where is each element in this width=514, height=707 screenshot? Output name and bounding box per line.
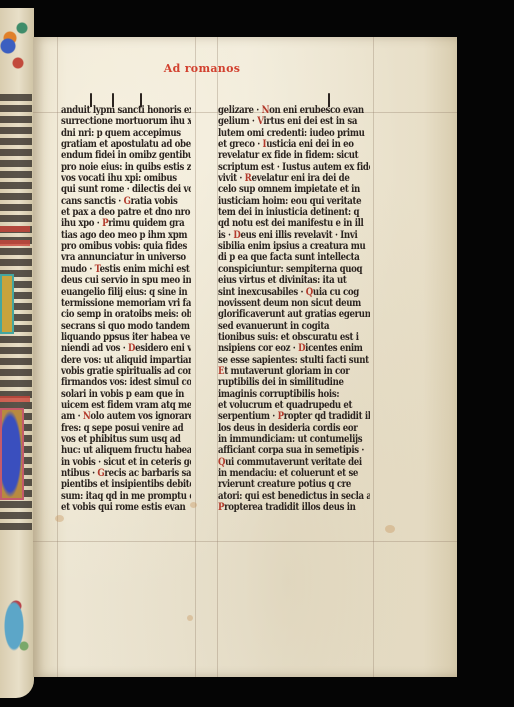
text-column-left: anduit lypm sancti honoris ex resurrecti… [61,106,191,514]
rubricated-capital: D [298,343,305,355]
stain [55,515,64,522]
rubricated-capital: P [278,411,284,423]
stain [190,502,197,508]
text-line: et vobis qui rome estis evan [61,502,191,515]
illuminated-border-top [0,8,32,88]
rubricated-capital: D [128,343,135,355]
rubricated-capital: P [102,219,108,231]
illuminated-initial [0,274,14,334]
ruling-line [373,37,374,677]
rubricated-capital: I [263,139,267,151]
rubricated-capital: G [124,196,131,208]
text-line: Propterea tradidit illos deus in [218,502,370,515]
rubricated-capital: E [218,366,224,378]
rubric-line [0,226,30,232]
rubricated-capital: N [83,411,91,423]
facing-page-edge [0,8,34,698]
rubricated-capital: G [97,468,104,480]
rubricated-capital: T [95,264,100,276]
stain [385,525,395,533]
ruling-line [195,37,196,677]
rubricated-capital: D [233,230,240,242]
rubricated-capital: P [218,502,224,514]
illuminated-border-bottom [0,576,34,666]
illuminated-initial-large [0,408,24,500]
text-column-right: gelizare · Non eni erubesco evangelium ·… [218,106,370,514]
ruling-line [33,541,457,542]
rubric-line [0,396,30,402]
rubricated-capital: Q [306,287,313,299]
rubric-line [0,240,30,246]
rubricated-capital: R [245,173,252,185]
stain [187,615,193,621]
running-head: Ad romanos [152,62,252,75]
ruling-line [57,37,58,677]
rubricated-capital: N [262,105,270,117]
rubricated-capital: V [257,116,263,128]
rubricated-capital: Q [218,457,225,469]
